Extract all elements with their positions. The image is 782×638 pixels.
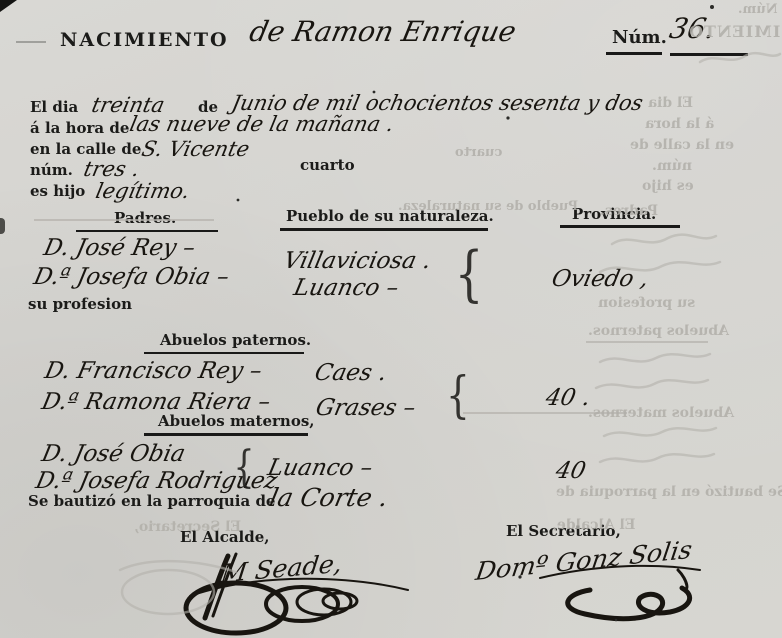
baptism-label: Se bautizó en la parroquia de (28, 494, 275, 509)
bleed-title: NACIMIENTO (688, 24, 782, 40)
father-name: D. José Rey – (42, 237, 198, 260)
record-number-underline-2 (670, 53, 748, 56)
paternal-grandfather-name: D. Francisco Rey – (43, 360, 264, 383)
birth-number-label: núm. (30, 163, 73, 178)
father-pueblo: Villaviciosa . (282, 250, 433, 273)
birth-street-label: en la calle de (30, 142, 141, 157)
bleed-hora: á la hora (645, 117, 714, 131)
bleed-abuelos-pat-line (586, 341, 708, 343)
child-name: de Ramon Enrique (247, 18, 518, 46)
pueblo-underline (280, 228, 488, 231)
document-title: NACIMIENTO (60, 31, 229, 50)
bleed-num2: núm. (652, 159, 692, 173)
bleed-cuarto: cuarto (455, 146, 502, 159)
provincia-underline (560, 225, 680, 228)
secretario-signature-flourish (530, 560, 710, 630)
child-status-label: es hijo (30, 184, 85, 199)
maternal-underline (144, 433, 308, 436)
maternal-age: 40 (554, 460, 588, 483)
bleed-abuelos-pat: Abuelos paternos. (588, 324, 729, 338)
bleed-abuelos-mat: Abuelos maternos. (588, 406, 734, 420)
maternal-pueblo: Luanco – (266, 457, 375, 480)
bleed-calle: en la calle de (630, 138, 734, 152)
brace-parents-icon: { (455, 244, 484, 304)
mother-pueblo: Luanco – (292, 277, 401, 300)
bleed-alcalde: El Alcalde, (552, 518, 636, 532)
provincia-value: Oviedo , (550, 268, 651, 291)
bleed-secretario: El Secretario, (134, 520, 241, 534)
birth-number-value: tres . (82, 159, 142, 180)
maternal-grandfather-name: D. José Obia (40, 443, 188, 466)
brace-maternal-icon: { (234, 446, 255, 490)
profession-label: su profesion (28, 297, 132, 312)
bleed-bautizo: Se bautizó en la parroquia de (556, 485, 782, 499)
birth-month-year-value: Junio de mil ochocientos sesenta y dos (230, 93, 645, 114)
scan-corner-mark (0, 0, 17, 12)
baptism-parish: la Corte . (267, 485, 390, 510)
bleed-el-dia: El dia (648, 96, 693, 110)
paternal-age: 40 . (544, 387, 593, 410)
scan-dash (16, 41, 46, 43)
maternal-header: Abuelos maternos, (158, 414, 315, 429)
bleed-pueblo: Pueblo de su naturaleza. (398, 200, 578, 213)
bleed-padres: Padres. (600, 204, 658, 218)
bleed-num: Núm. (738, 3, 778, 16)
record-number-underline (606, 52, 662, 55)
birth-hour-value: las nueve de la mañana . (128, 114, 396, 135)
child-status-value: legítimo. (94, 181, 192, 202)
record-number-label: Núm. (612, 29, 667, 47)
paternal-grandfather-pueblo: Caes . (313, 362, 389, 385)
paternal-grandmother-pueblo: Grases – (314, 397, 418, 420)
bleed-hijo: es hijo (642, 179, 694, 193)
scanned-birth-record: NACIMIENTO de Ramon Enrique Núm. 36. El … (0, 0, 782, 638)
bleed-padres-strike (34, 219, 214, 221)
birth-floor-label: cuarto (300, 158, 355, 173)
mother-name: D.ª Josefa Obia – (32, 266, 232, 289)
alcalde-signature-flourish (150, 548, 430, 638)
birth-hour-label: á la hora de (30, 121, 129, 136)
birth-day-label: El dia (30, 100, 78, 115)
scan-edge-mark (0, 218, 5, 234)
paternal-underline (144, 352, 304, 354)
birth-street-value: S. Vicente (140, 139, 252, 160)
bleed-profesion: su profesion (598, 296, 695, 310)
paternal-grandmother-name: D.ª Ramona Riera – (40, 391, 273, 414)
padres-underline (76, 230, 218, 232)
paternal-header: Abuelos paternos. (160, 333, 311, 348)
